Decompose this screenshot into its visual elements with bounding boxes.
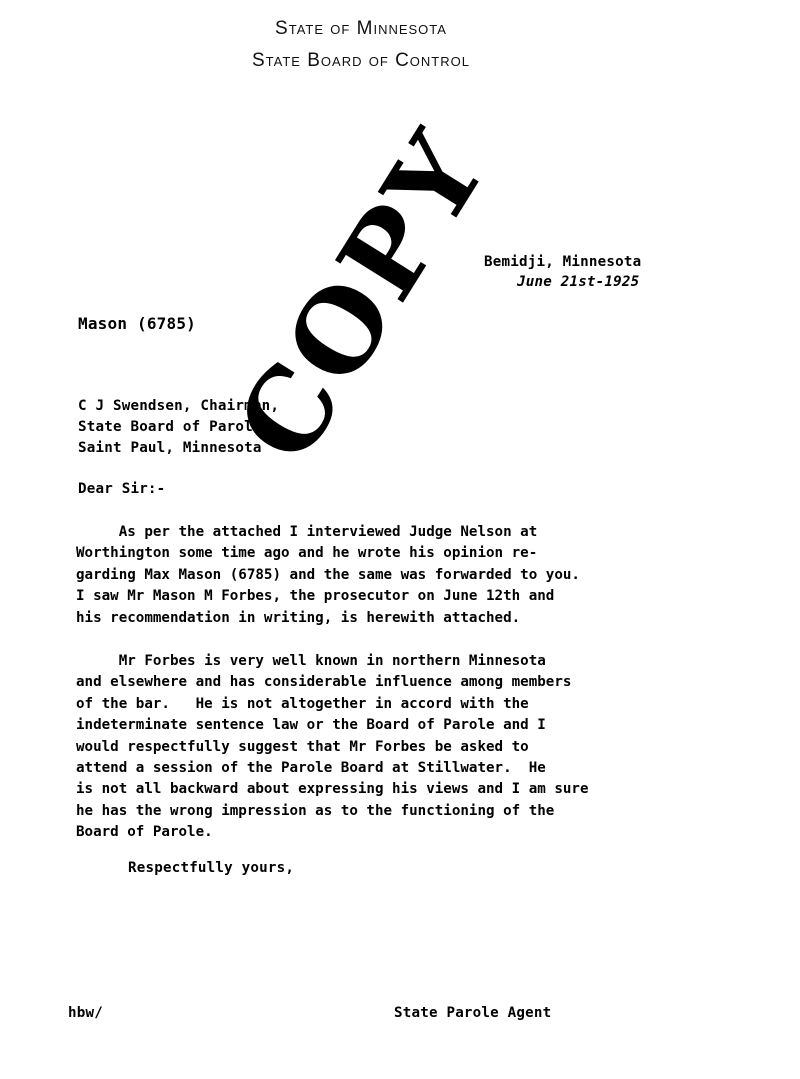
paragraph-line: is not all backward about expressing his… [76, 779, 589, 800]
body-paragraph-1: As per the attached I interviewed Judge … [76, 522, 580, 629]
typist-initials: hbw/ [68, 1005, 103, 1021]
paragraph-line: garding Max Mason (6785) and the same wa… [76, 565, 580, 586]
paragraph-line: I saw Mr Mason M Forbes, the prosecutor … [76, 586, 580, 607]
letterhead-line-2: State Board of Control [0, 50, 722, 72]
closing: Respectfully yours, [128, 860, 294, 876]
paragraph-line: his recommendation in writing, is herewi… [76, 608, 580, 629]
salutation: Dear Sir:- [78, 481, 165, 497]
recipient-line: State Board of Parole, [78, 417, 270, 438]
paragraph-line: Mr Forbes is very well known in northern… [76, 651, 589, 672]
paragraph-line: of the bar. He is not altogether in acco… [76, 694, 589, 715]
case-reference: Mason (6785) [78, 314, 196, 333]
paragraph-line: As per the attached I interviewed Judge … [76, 522, 580, 543]
recipient-line: C J Swendsen, Chairman, [78, 396, 279, 417]
paragraph-line: attend a session of the Parole Board at … [76, 758, 589, 779]
body-paragraph-2: Mr Forbes is very well known in northern… [76, 651, 589, 844]
paragraph-line: Board of Parole. [76, 822, 589, 843]
dateline-place: Bemidji, Minnesota [484, 254, 641, 270]
paragraph-line: he has the wrong impression as to the fu… [76, 801, 589, 822]
signature-title: State Parole Agent [394, 1005, 551, 1021]
dateline-date: June 21st-1925 [517, 274, 639, 290]
paragraph-line: would respectfully suggest that Mr Forbe… [76, 737, 589, 758]
paragraph-line: and elsewhere and has considerable influ… [76, 672, 589, 693]
recipient-line: Saint Paul, Minnesota [78, 438, 262, 459]
paragraph-line: indeterminate sentence law or the Board … [76, 715, 589, 736]
letterhead-line-1: State of Minnesota [0, 18, 722, 40]
paragraph-line: Worthington some time ago and he wrote h… [76, 543, 580, 564]
